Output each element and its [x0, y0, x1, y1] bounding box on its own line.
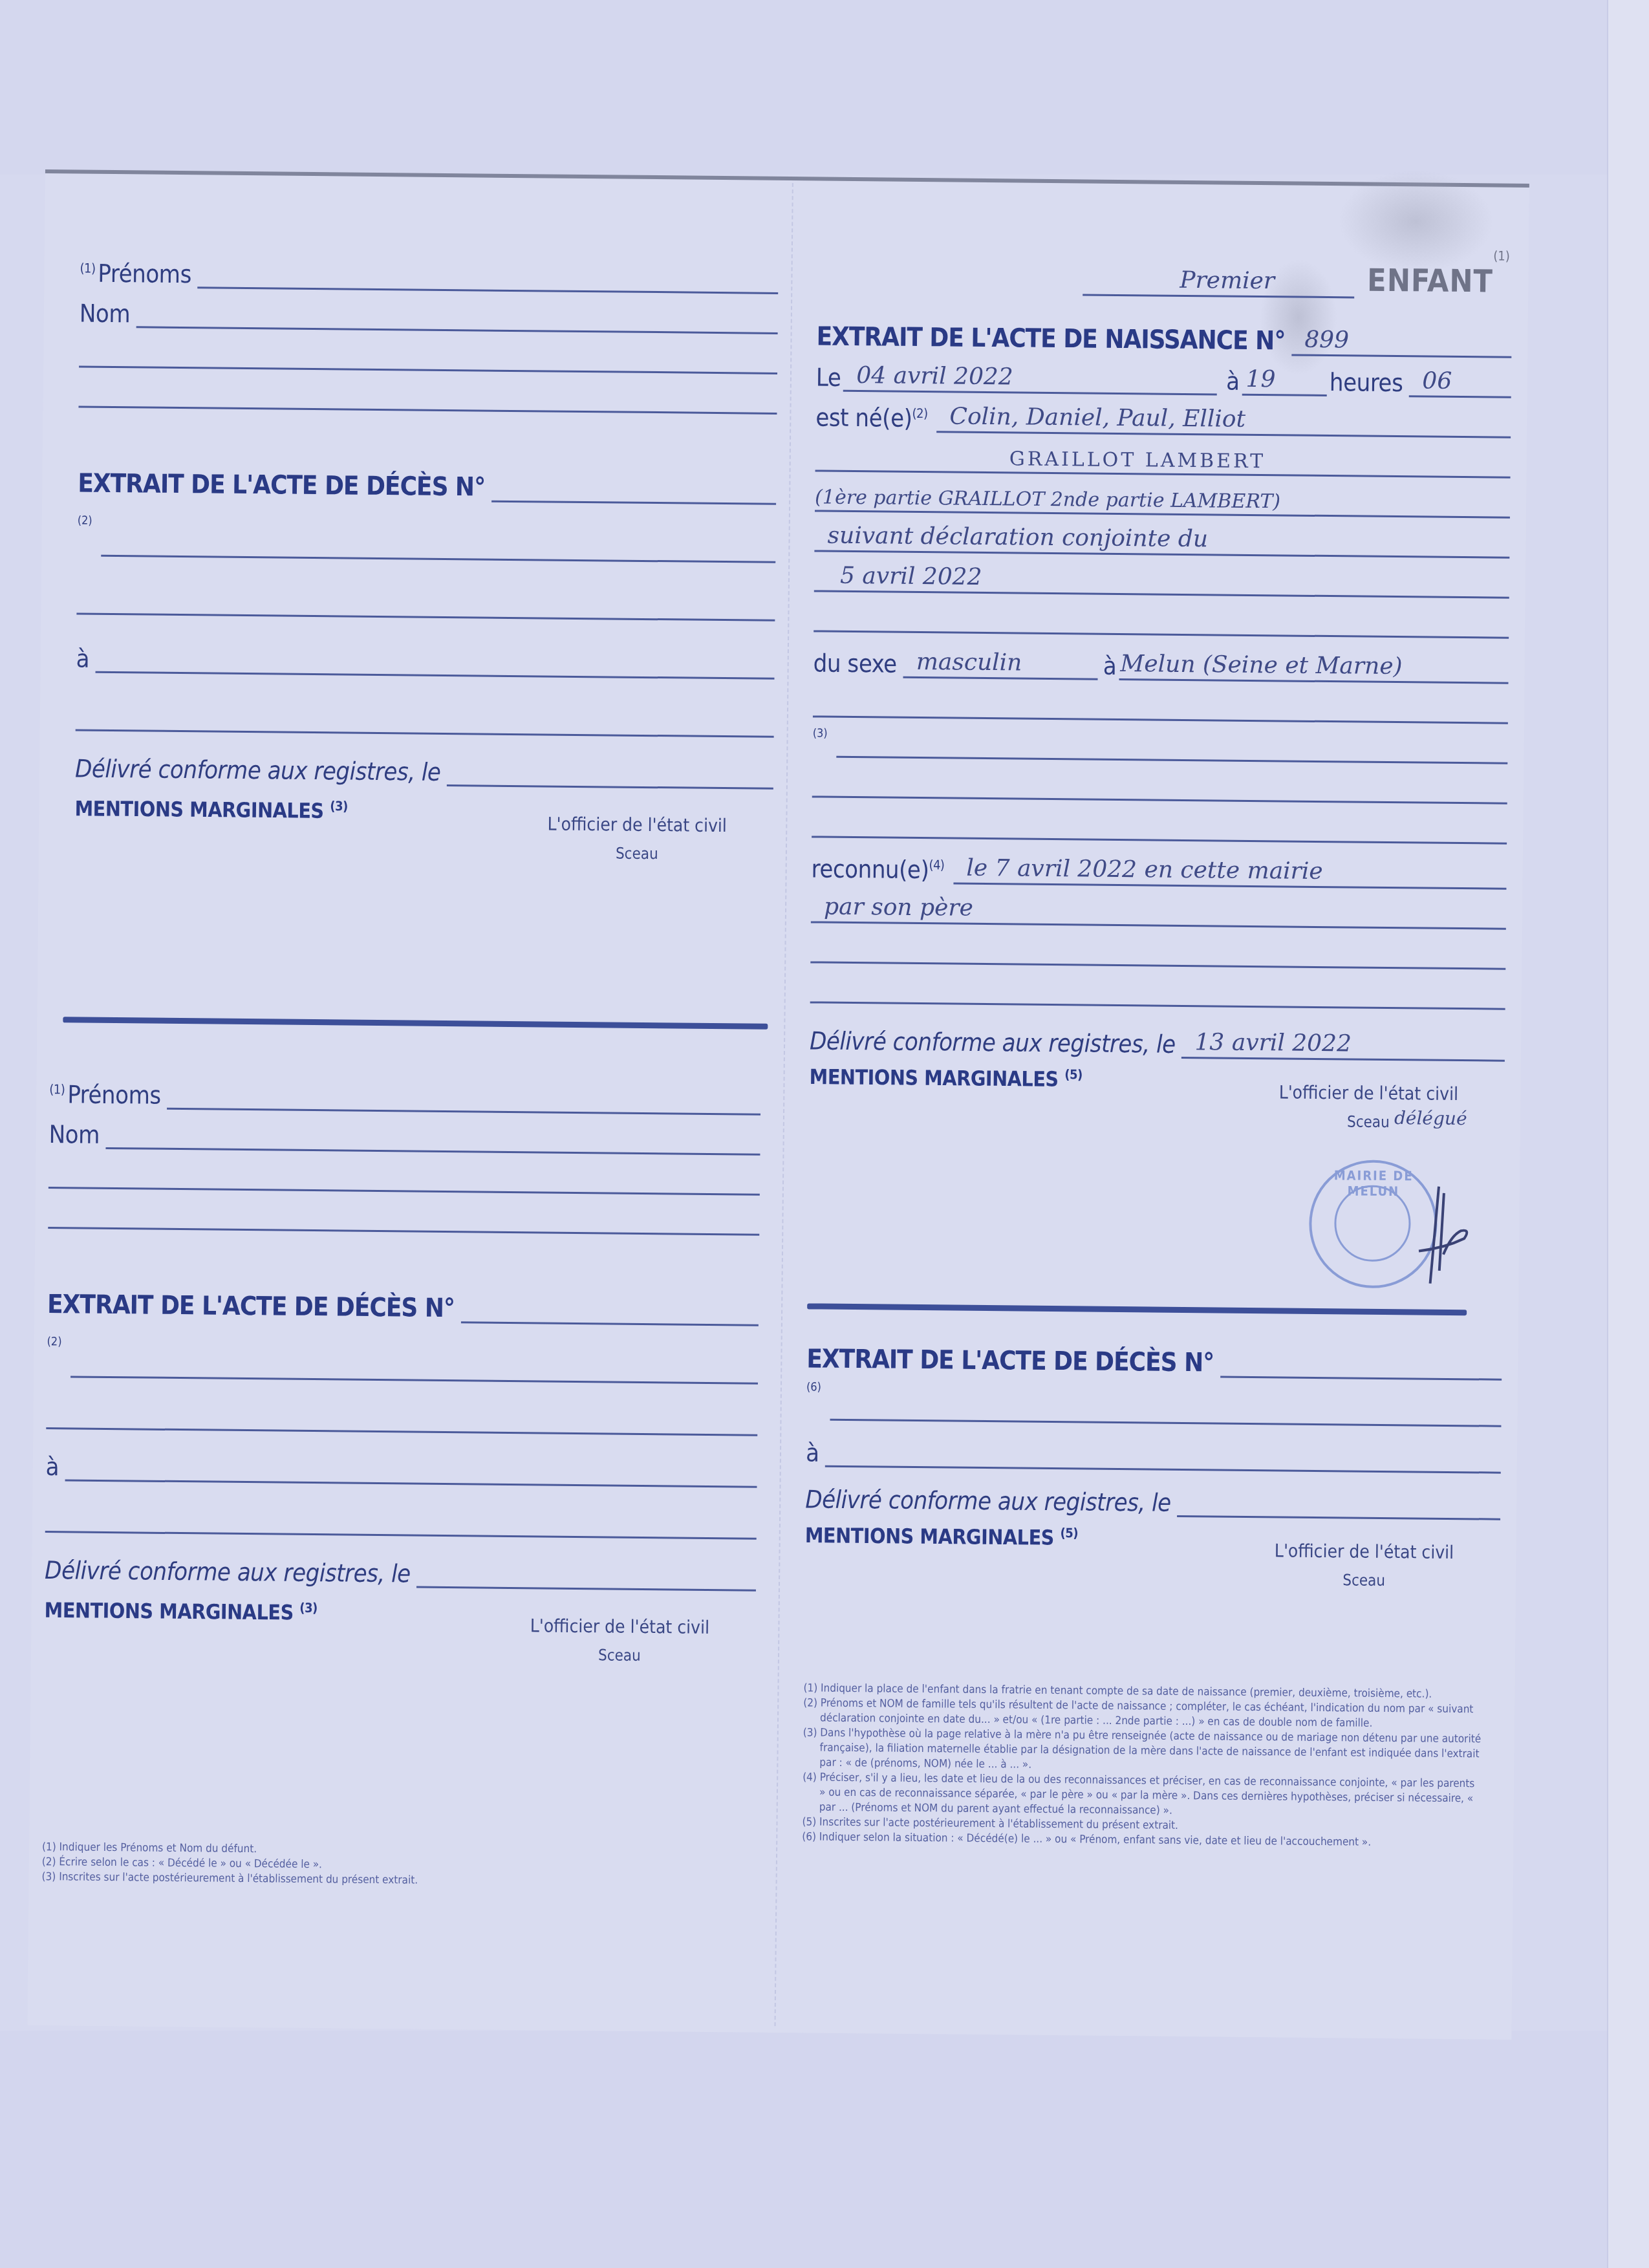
page-fold: [774, 183, 793, 2026]
prenoms-value: Colin, Daniel, Paul, Elliot: [949, 403, 1245, 432]
sceau-label: Sceau: [1347, 1112, 1390, 1131]
delivre-date-value: 13 avril 2022: [1194, 1029, 1352, 1057]
footnote-ref: (2): [912, 405, 927, 421]
reconnu-label: reconnu(e): [811, 854, 929, 884]
sceau-label: Sceau: [484, 1645, 755, 1666]
officer-label: L'officier de l'état civil: [1233, 1081, 1504, 1105]
delivre-label: Délivré conforme aux registres, le: [75, 754, 441, 786]
reconnu-value: par son père: [824, 894, 973, 922]
lieu-label: à: [1103, 652, 1117, 680]
child-rank-value: Premier: [1180, 267, 1275, 294]
acte-number-value: 899: [1304, 327, 1349, 354]
footnote-ref: (3): [330, 798, 348, 814]
footnote-ref: (2): [78, 514, 92, 528]
minutes-input[interactable]: 06: [1409, 371, 1511, 398]
delivre-label: Délivré conforme aux registres, le: [810, 1026, 1176, 1058]
delivre-date-input[interactable]: 13 avril 2022: [1181, 1032, 1505, 1062]
prenoms-label: Prénoms: [67, 1080, 161, 1109]
heures-label: heures: [1330, 368, 1403, 397]
minutes-value: 06: [1422, 367, 1452, 394]
footnote-ref: (2): [47, 1335, 61, 1348]
livret-page: (1)Prénoms Nom EXTRAIT DE L'ACTE DE DÉCÈ…: [27, 169, 1529, 2040]
mentions-marginales-label: MENTIONS MARGINALES: [805, 1523, 1054, 1550]
le-label: Le: [816, 363, 841, 391]
a-label: à: [46, 1453, 59, 1481]
death-title-row: EXTRAIT DE L'ACTE DE DÉCÈS N°: [78, 408, 777, 505]
footnote: (4) Préciser, s'il y a lieu, les date et…: [803, 1770, 1482, 1821]
footnote-ref: (3): [299, 1600, 318, 1615]
ne-label: est né(e): [815, 403, 912, 432]
mentions-marginales-label: MENTIONS MARGINALES: [44, 1598, 293, 1625]
nom-value: GRAILLOT LAMBERT: [1009, 448, 1266, 473]
footnote-ref: (5): [1064, 1066, 1083, 1082]
officer-label: L'officier de l'état civil: [484, 1615, 755, 1639]
sexe-label: du sexe: [814, 649, 897, 678]
left-death-extract-top: (1)Prénoms Nom EXTRAIT DE L'ACTE DE DÉCÈ…: [74, 248, 779, 864]
nom-label: Nom: [48, 1120, 100, 1149]
footnote-ref: (1): [49, 1081, 65, 1097]
death-extract-title: EXTRAIT DE L'ACTE DE DÉCÈS N°: [78, 469, 485, 502]
footnote-ref: (5): [1060, 1525, 1078, 1540]
signature-icon: [1412, 1180, 1478, 1290]
scan-background-bottom: [0, 2031, 1649, 2268]
delegue-handwritten: délégué: [1394, 1107, 1467, 1129]
acte-number-input[interactable]: [461, 1297, 759, 1326]
left-footnotes: (1) Indiquer les Prénoms et Nom du défun…: [42, 1840, 560, 1890]
birth-place-input[interactable]: Melun (Seine et Marne): [1119, 654, 1509, 684]
child-rank-input[interactable]: Premier: [1083, 269, 1354, 298]
hour-value: 19: [1245, 366, 1275, 393]
name-detail-value: (1ère partie GRAILLOT 2nde partie LAMBER…: [815, 486, 1280, 513]
sceau-label: Sceau: [501, 843, 773, 864]
right-footnotes: (1) Indiquer la place de l'enfant dans l…: [802, 1681, 1482, 1851]
birth-extract: Premier ENFANT (1) EXTRAIT DE L'ACTE DE …: [802, 235, 1513, 1851]
reconnu-value: le 7 avril 2022 en cette mairie: [966, 855, 1323, 885]
footnote-ref: (6): [806, 1380, 821, 1394]
delivre-date-input[interactable]: [416, 1562, 756, 1592]
a-label: à: [1226, 367, 1240, 396]
prenoms-label: Prénoms: [98, 259, 191, 288]
nom-field: Nom: [80, 288, 779, 334]
left-death-extract-bottom: (1)Prénoms Nom EXTRAIT DE L'ACTE DE DÉCÈ…: [42, 1068, 761, 1892]
acte-number-input[interactable]: [1220, 1352, 1502, 1381]
footnote-ref: (4): [929, 858, 944, 873]
delivre-label: Délivré conforme aux registres, le: [805, 1485, 1171, 1517]
sceau-label: Sceau: [1228, 1570, 1500, 1591]
child-rank-row: Premier ENFANT (1): [817, 235, 1513, 299]
stamp-inner-ring: [1334, 1185, 1411, 1262]
hour-input[interactable]: 19: [1242, 369, 1327, 396]
footnote-ref: (3): [813, 726, 828, 740]
birth-extract-title: EXTRAIT DE L'ACTE DE NAISSANCE N°: [816, 321, 1285, 356]
sexe-input[interactable]: masculin: [903, 652, 1099, 680]
mentions-marginales-label: MENTIONS MARGINALES: [809, 1064, 1058, 1092]
scan-background-top: [0, 0, 1649, 175]
section-divider: [63, 1017, 768, 1029]
scanner-edge: [1607, 0, 1649, 2268]
birth-place-value: Melun (Seine et Marne): [1120, 651, 1403, 680]
declaration-date-value: 5 avril 2022: [840, 563, 982, 590]
death-extract-title: EXTRAIT DE L'ACTE DE DÉCÈS N°: [47, 1290, 455, 1323]
a-label: à: [76, 644, 90, 673]
officer-label: L'officier de l'état civil: [501, 813, 773, 837]
footnote: (3) Dans l'hypothèse où la page relative…: [803, 1725, 1482, 1777]
birth-date-input[interactable]: 04 avril 2022: [843, 365, 1217, 396]
death-extract-title: EXTRAIT DE L'ACTE DE DÉCÈS N°: [806, 1344, 1214, 1377]
birth-date-value: 04 avril 2022: [856, 362, 1013, 390]
footnote-ref: (1): [1493, 248, 1510, 264]
nom-label: Nom: [80, 299, 131, 329]
a-label: à: [806, 1438, 819, 1467]
prenoms-field: (1)Prénoms: [80, 248, 779, 294]
sexe-value: masculin: [916, 649, 1022, 676]
enfant-label: ENFANT: [1367, 263, 1493, 300]
delivre-date-input[interactable]: [1178, 1491, 1501, 1520]
officer-label: L'officier de l'état civil: [1228, 1540, 1500, 1564]
footnote-ref: (1): [80, 261, 95, 276]
acte-number-input[interactable]: 899: [1291, 330, 1512, 358]
delivre-label: Délivré conforme aux registres, le: [45, 1556, 411, 1588]
acte-number-input[interactable]: [491, 476, 777, 505]
delivre-date-input[interactable]: [447, 760, 773, 790]
declaration-value: suivant déclaration conjointe du: [827, 523, 1208, 553]
mentions-marginales-label: MENTIONS MARGINALES: [74, 796, 323, 823]
